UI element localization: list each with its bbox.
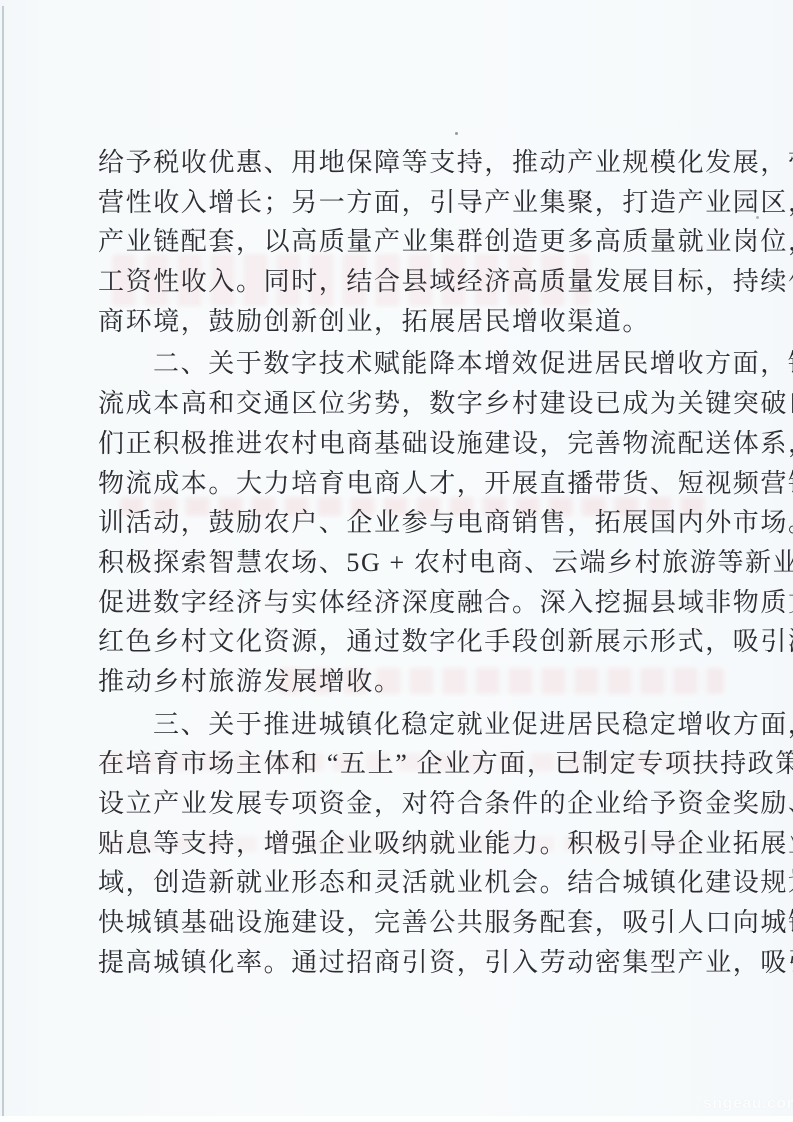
site-watermark: sngeau.com xyxy=(703,1093,793,1115)
text-line: 营性收入增长；另一方面，引导产业集聚，打造产业园区，完善 xyxy=(98,183,707,223)
paragraph: 二、关于数字技术赋能降本增效促进居民增收方面，针对物流成本高和交通区位劣势，数字… xyxy=(98,344,707,701)
text-line: 工资性收入。同时，结合县域经济高质量发展目标，持续优化营 xyxy=(98,262,707,302)
text-line: 流成本高和交通区位劣势，数字乡村建设已成为关键突破口。我 xyxy=(98,384,707,424)
text-line: 贴息等支持，增强企业吸纳就业能力。积极引导企业拓展业务领 xyxy=(98,824,707,864)
text-line: 训活动，鼓励农户、企业参与电商销售，拓展国内外市场。同时， xyxy=(98,503,707,543)
document-body: 给予税收优惠、用地保障等支持，推动产业规模化发展，带动经营性收入增长；另一方面，… xyxy=(98,143,707,982)
text-line: 三、关于推进城镇化稳定就业促进居民稳定增收方面，我县 xyxy=(98,705,707,745)
scan-speck xyxy=(756,216,759,219)
text-line: 二、关于数字技术赋能降本增效促进居民增收方面，针对物 xyxy=(98,344,707,384)
paper-left-edge xyxy=(2,6,4,1116)
text-line: 促进数字经济与实体经济深度融合。深入挖掘县域非物质文化和 xyxy=(98,583,707,623)
text-line: 积极探索智慧农场、5G + 农村电商、云端乡村旅游等新业态， xyxy=(98,543,707,583)
scan-speck xyxy=(455,132,458,135)
text-line: 产业链配套，以高质量产业集群创造更多高质量就业岗位，提升 xyxy=(98,222,707,262)
paragraph: 三、关于推进城镇化稳定就业促进居民稳定增收方面，我县在培育市场主体和 “五上” … xyxy=(98,705,707,983)
text-line: 在培育市场主体和 “五上” 企业方面，已制定专项扶持政策， xyxy=(98,744,707,784)
paragraph: 给予税收优惠、用地保障等支持，推动产业规模化发展，带动经营性收入增长；另一方面，… xyxy=(98,143,707,341)
text-line: 快城镇基础设施建设，完善公共服务配套，吸引人口向城镇集聚， xyxy=(98,903,707,943)
text-line: 推动乡村旅游发展增收。 xyxy=(98,662,707,702)
text-line: 们正积极推进农村电商基础设施建设，完善物流配送体系，降低 xyxy=(98,424,707,464)
text-line: 提高城镇化率。通过招商引资，引入劳动密集型产业，吸引返乡 xyxy=(98,943,707,983)
text-line: 商环境，鼓励创新创业，拓展居民增收渠道。 xyxy=(98,302,707,342)
text-line: 红色乡村文化资源，通过数字化手段创新展示形式，吸引游客， xyxy=(98,622,707,662)
text-line: 物流成本。大力培育电商人才，开展直播带货、短视频营销等培 xyxy=(98,464,707,504)
document-page: 给予税收优惠、用地保障等支持，推动产业规模化发展，带动经营性收入增长；另一方面，… xyxy=(0,0,793,1122)
text-line: 给予税收优惠、用地保障等支持，推动产业规模化发展，带动经 xyxy=(98,143,707,183)
paper-bottom-edge xyxy=(0,1116,793,1122)
text-line: 设立产业发展专项资金，对符合条件的企业给予资金奖励、贷款 xyxy=(98,784,707,824)
text-line: 域，创造新就业形态和灵活就业机会。结合城镇化建设规划，加 xyxy=(98,863,707,903)
